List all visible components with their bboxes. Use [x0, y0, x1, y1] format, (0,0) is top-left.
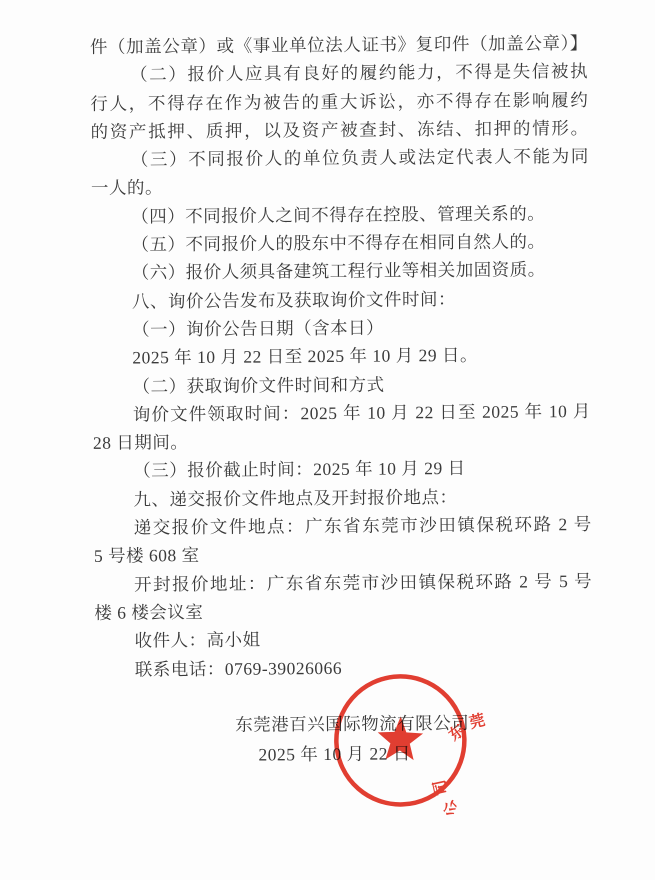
document-body: 件（加盖公章）或《事业单位法人证书》复印件（加盖公章）】（二）报价人应具有良好的… — [90, 29, 594, 771]
text-line: 一人的。 — [91, 170, 589, 202]
text-line: （四）不同报价人之间不得存在控股、管理关系的。 — [91, 199, 589, 231]
text-line: （一）询价公告日期（含本日） — [92, 312, 590, 344]
signature-block: 东莞港百兴国际物流有限公司 2025 年 10 月 22 日 — [95, 680, 594, 771]
blank-line — [95, 680, 593, 712]
text-line: 的资产抵押、质押，以及资产被查封、冻结、扣押的情形。 — [90, 114, 588, 146]
text-line: （六）报价人须具备建筑工程行业等相关加固资质。 — [92, 255, 590, 287]
text-line: （二）获取询价文件时间和方式 — [92, 368, 590, 400]
text-line: （三）报价截止时间：2025 年 10 月 29 日 — [93, 453, 591, 485]
text-line: 开封报价地址：广东省东莞市沙田镇保税环路 2 号 5 号 — [94, 567, 592, 599]
text-line: 5 号楼 608 室 — [94, 538, 592, 570]
text-line: 件（加盖公章）或《事业单位法人证书》复印件（加盖公章）】 — [90, 29, 588, 61]
text-line: （三）不同报价人的单位负责人或法定代表人不能为同 — [91, 142, 589, 174]
text-line: 收件人：高小姐 — [94, 623, 592, 655]
text-line: 九、递交报价文件地点及开封报价地点： — [93, 482, 591, 514]
text-line: 询价文件领取时间：2025 年 10 月 22 日至 2025 年 10 月 — [93, 397, 591, 429]
signature-company: 东莞港百兴国际物流有限公司 — [235, 708, 593, 739]
document-page: 件（加盖公章）或《事业单位法人证书》复印件（加盖公章）】（二）报价人应具有良好的… — [0, 0, 655, 880]
text-line: 28 日期间。 — [93, 425, 591, 457]
signature-date: 2025 年 10 月 22 日 — [258, 738, 593, 769]
text-line: 联系电话：0769-39026066 — [95, 651, 593, 683]
text-line: 行人，不得存在作为被告的重大诉讼，亦不得存在影响履约 — [90, 86, 588, 118]
text-line: 2025 年 10 月 22 日至 2025 年 10 月 29 日。 — [92, 340, 590, 372]
text-line: 八、询价公告发布及获取询价文件时间： — [92, 284, 590, 316]
text-line: （二）报价人应具有良好的履约能力，不得是失信被执 — [90, 57, 588, 89]
text-line: 楼 6 楼会议室 — [94, 595, 592, 627]
text-line: （五）不同报价人的股东中不得存在相同自然人的。 — [91, 227, 589, 259]
text-line: 递交报价文件地点：广东省东莞市沙田镇保税环路 2 号 — [94, 510, 592, 542]
